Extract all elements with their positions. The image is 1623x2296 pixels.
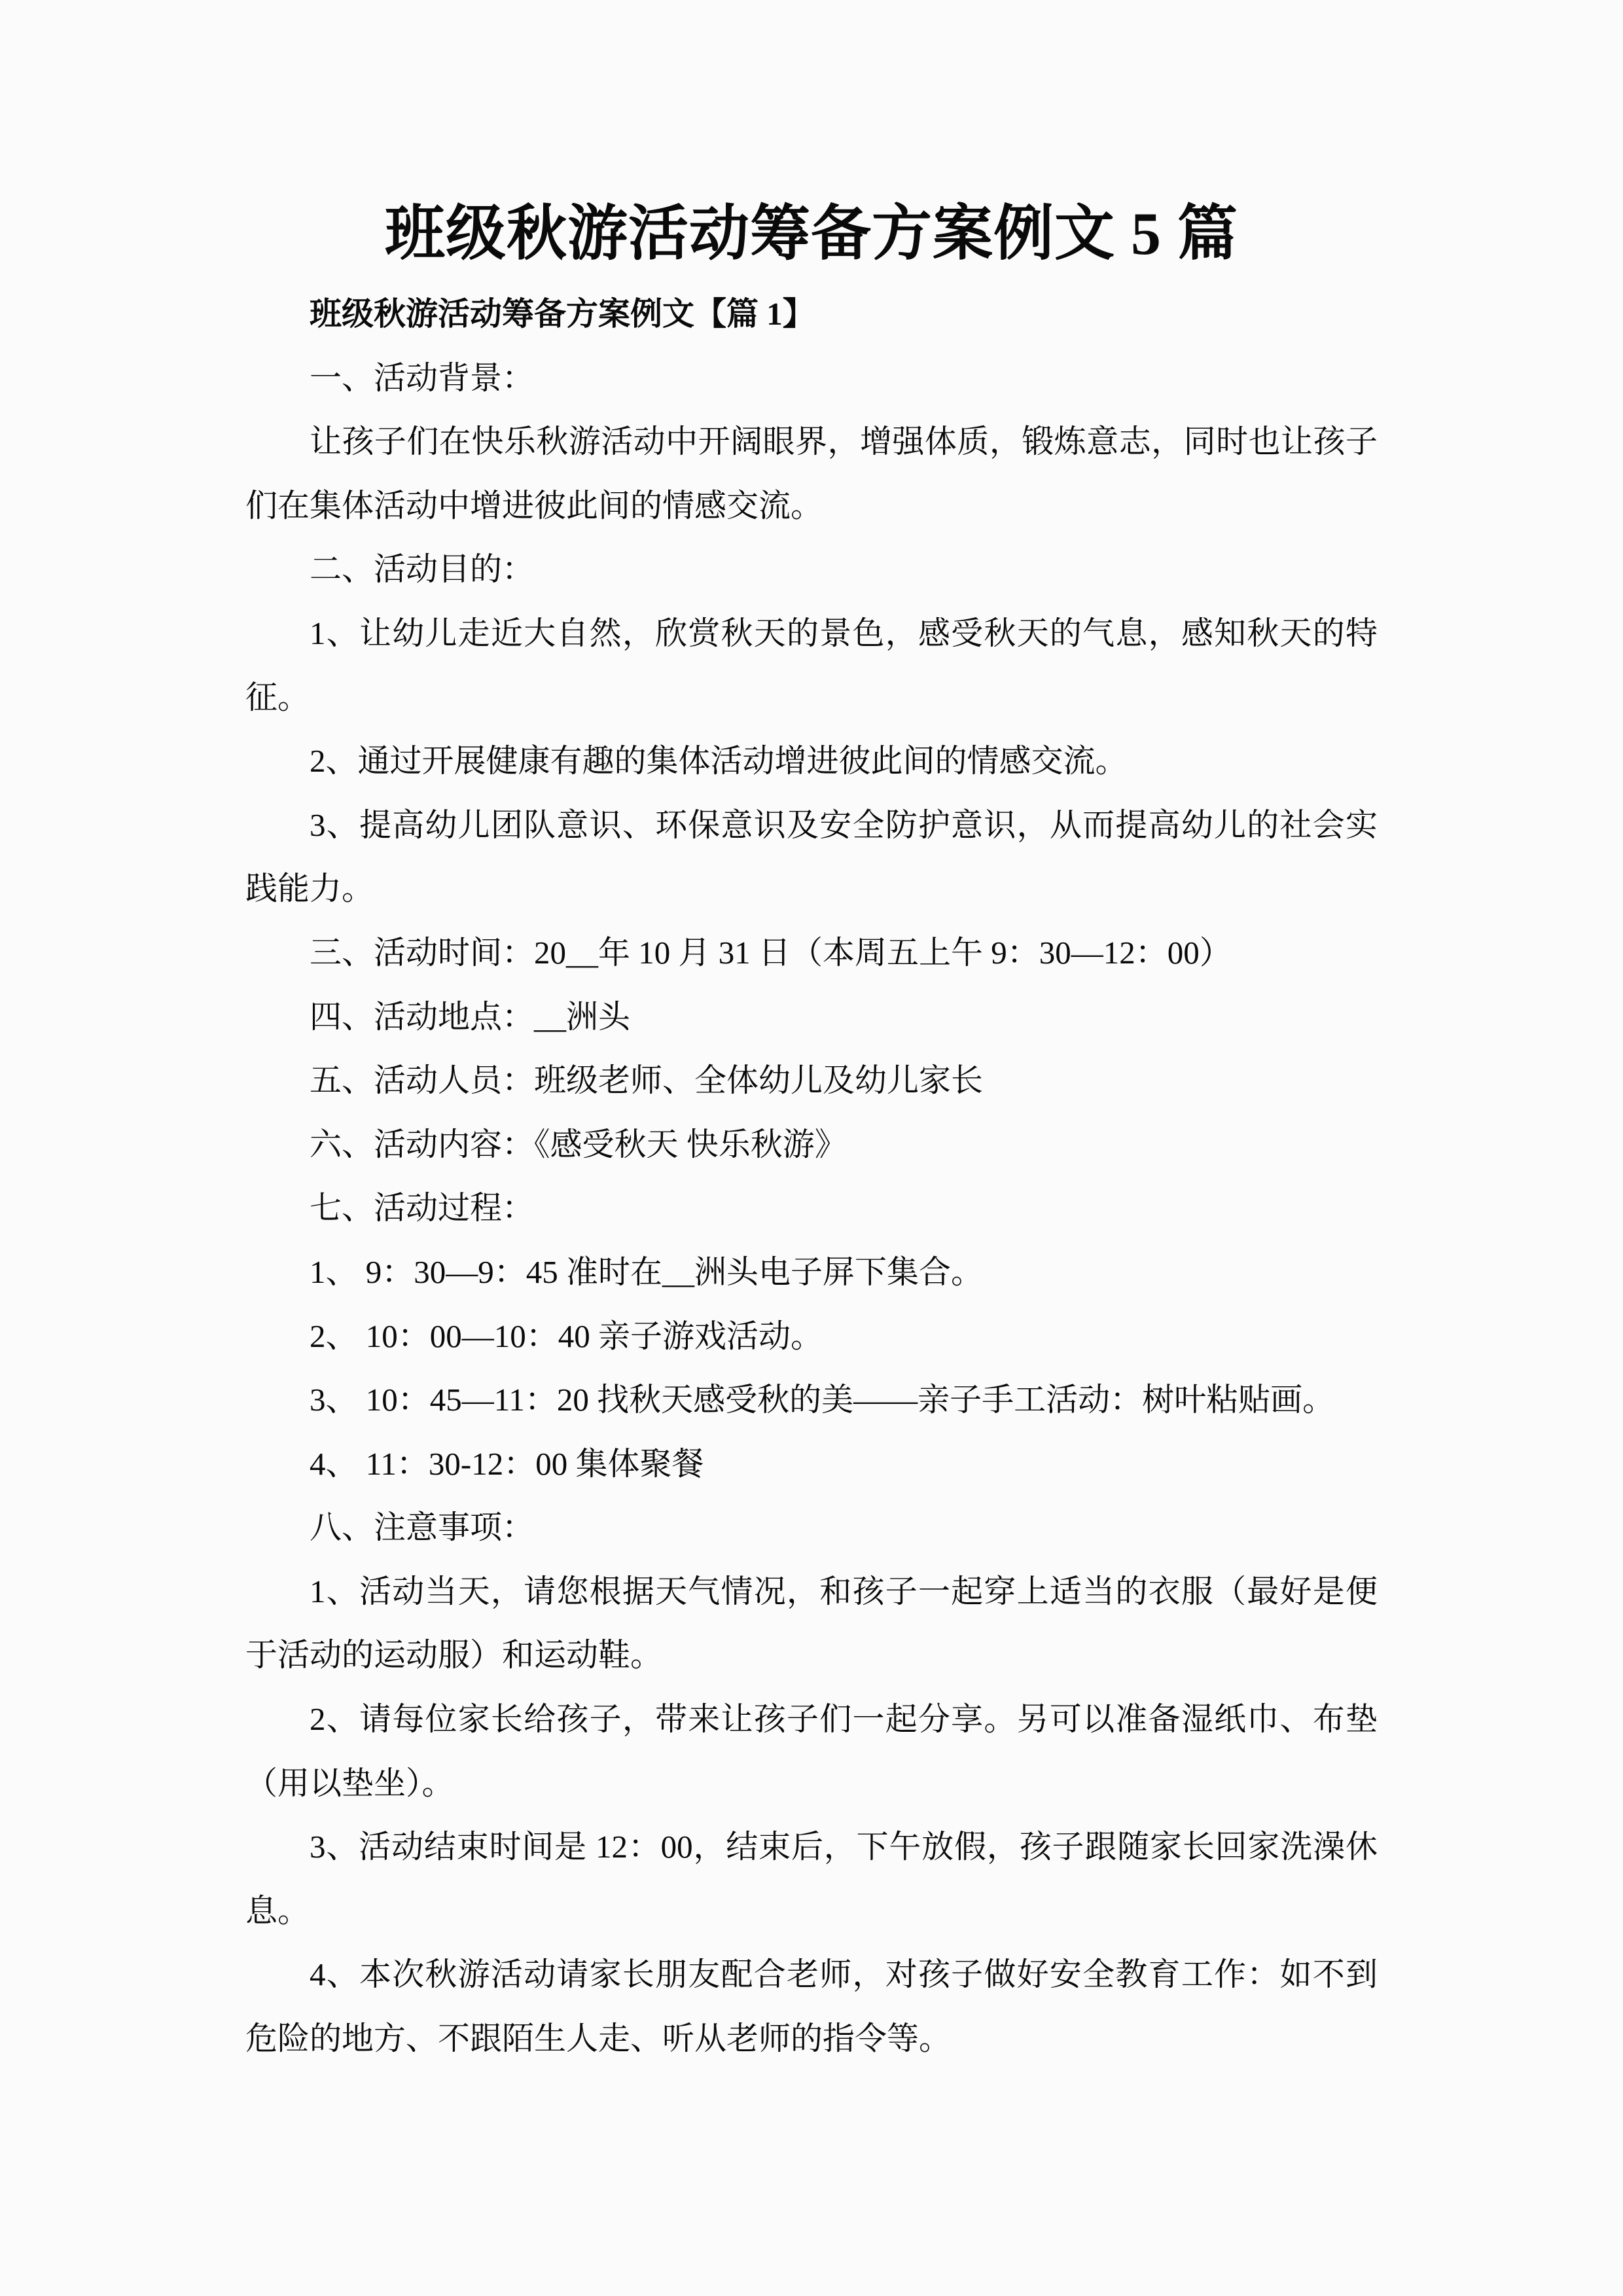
paragraph-section-2-heading: 二、活动目的： [245,537,1378,601]
paragraph-process-item-4: 4、 11：30-12：00 集体聚餐 [245,1432,1378,1496]
paragraph-purpose-item-2: 2、通过开展健康有趣的集体活动增进彼此间的情感交流。 [245,729,1378,793]
paragraph-section-4-place: 四、活动地点：__洲头 [245,985,1378,1049]
paragraph-section-5-people: 五、活动人员：班级老师、全体幼儿及幼儿家长 [245,1049,1378,1113]
paragraph-section-6-content: 六、活动内容：《感受秋天 快乐秋游》 [245,1113,1378,1177]
paragraph-section-1-heading: 一、活动背景： [245,346,1378,410]
paragraph-notes-item-2: 2、请每位家长给孩子，带来让孩子们一起分享。另可以准备湿纸巾、布垫（用以垫坐）。 [245,1687,1378,1815]
paragraph-process-item-3: 3、 10：45—11：20 找秋天感受秋的美——亲子手工活动：树叶粘贴画。 [245,1368,1378,1432]
paragraph-purpose-item-1: 1、让幼儿走近大自然，欣赏秋天的景色，感受秋天的气息，感知秋天的特征。 [245,601,1378,729]
paragraph-section-7-heading: 七、活动过程： [245,1176,1378,1240]
paragraph-subtitle-part1: 班级秋游活动筹备方案例文【篇 1】 [245,282,1378,346]
paragraph-notes-item-4: 4、本次秋游活动请家长朋友配合老师，对孩子做好安全教育工作：如不到危险的地方、不… [245,1943,1378,2070]
paragraph-section-1-body: 让孩子们在快乐秋游活动中开阔眼界，增强体质，锻炼意志，同时也让孩子们在集体活动中… [245,410,1378,537]
paragraph-section-8-heading: 八、注意事项： [245,1496,1378,1560]
paragraph-notes-item-3: 3、活动结束时间是 12：00，结束后，下午放假，孩子跟随家长回家洗澡休息。 [245,1815,1378,1943]
document-title: 班级秋游活动筹备方案例文 5 篇 [245,188,1378,279]
paragraph-section-3-time: 三、活动时间：20__年 10 月 31 日（本周五上午 9：30—12：00） [245,921,1378,985]
paragraph-process-item-1: 1、 9：30—9：45 准时在__洲头电子屏下集合。 [245,1240,1378,1304]
paragraph-notes-item-1: 1、活动当天，请您根据天气情况，和孩子一起穿上适当的衣服（最好是便于活动的运动服… [245,1560,1378,1687]
paragraph-purpose-item-3: 3、提高幼儿团队意识、环保意识及安全防护意识，从而提高幼儿的社会实践能力。 [245,793,1378,921]
paragraph-process-item-2: 2、 10：00—10：40 亲子游戏活动。 [245,1304,1378,1369]
document-page: 班级秋游活动筹备方案例文 5 篇 班级秋游活动筹备方案例文【篇 1】 一、活动背… [0,0,1623,2296]
